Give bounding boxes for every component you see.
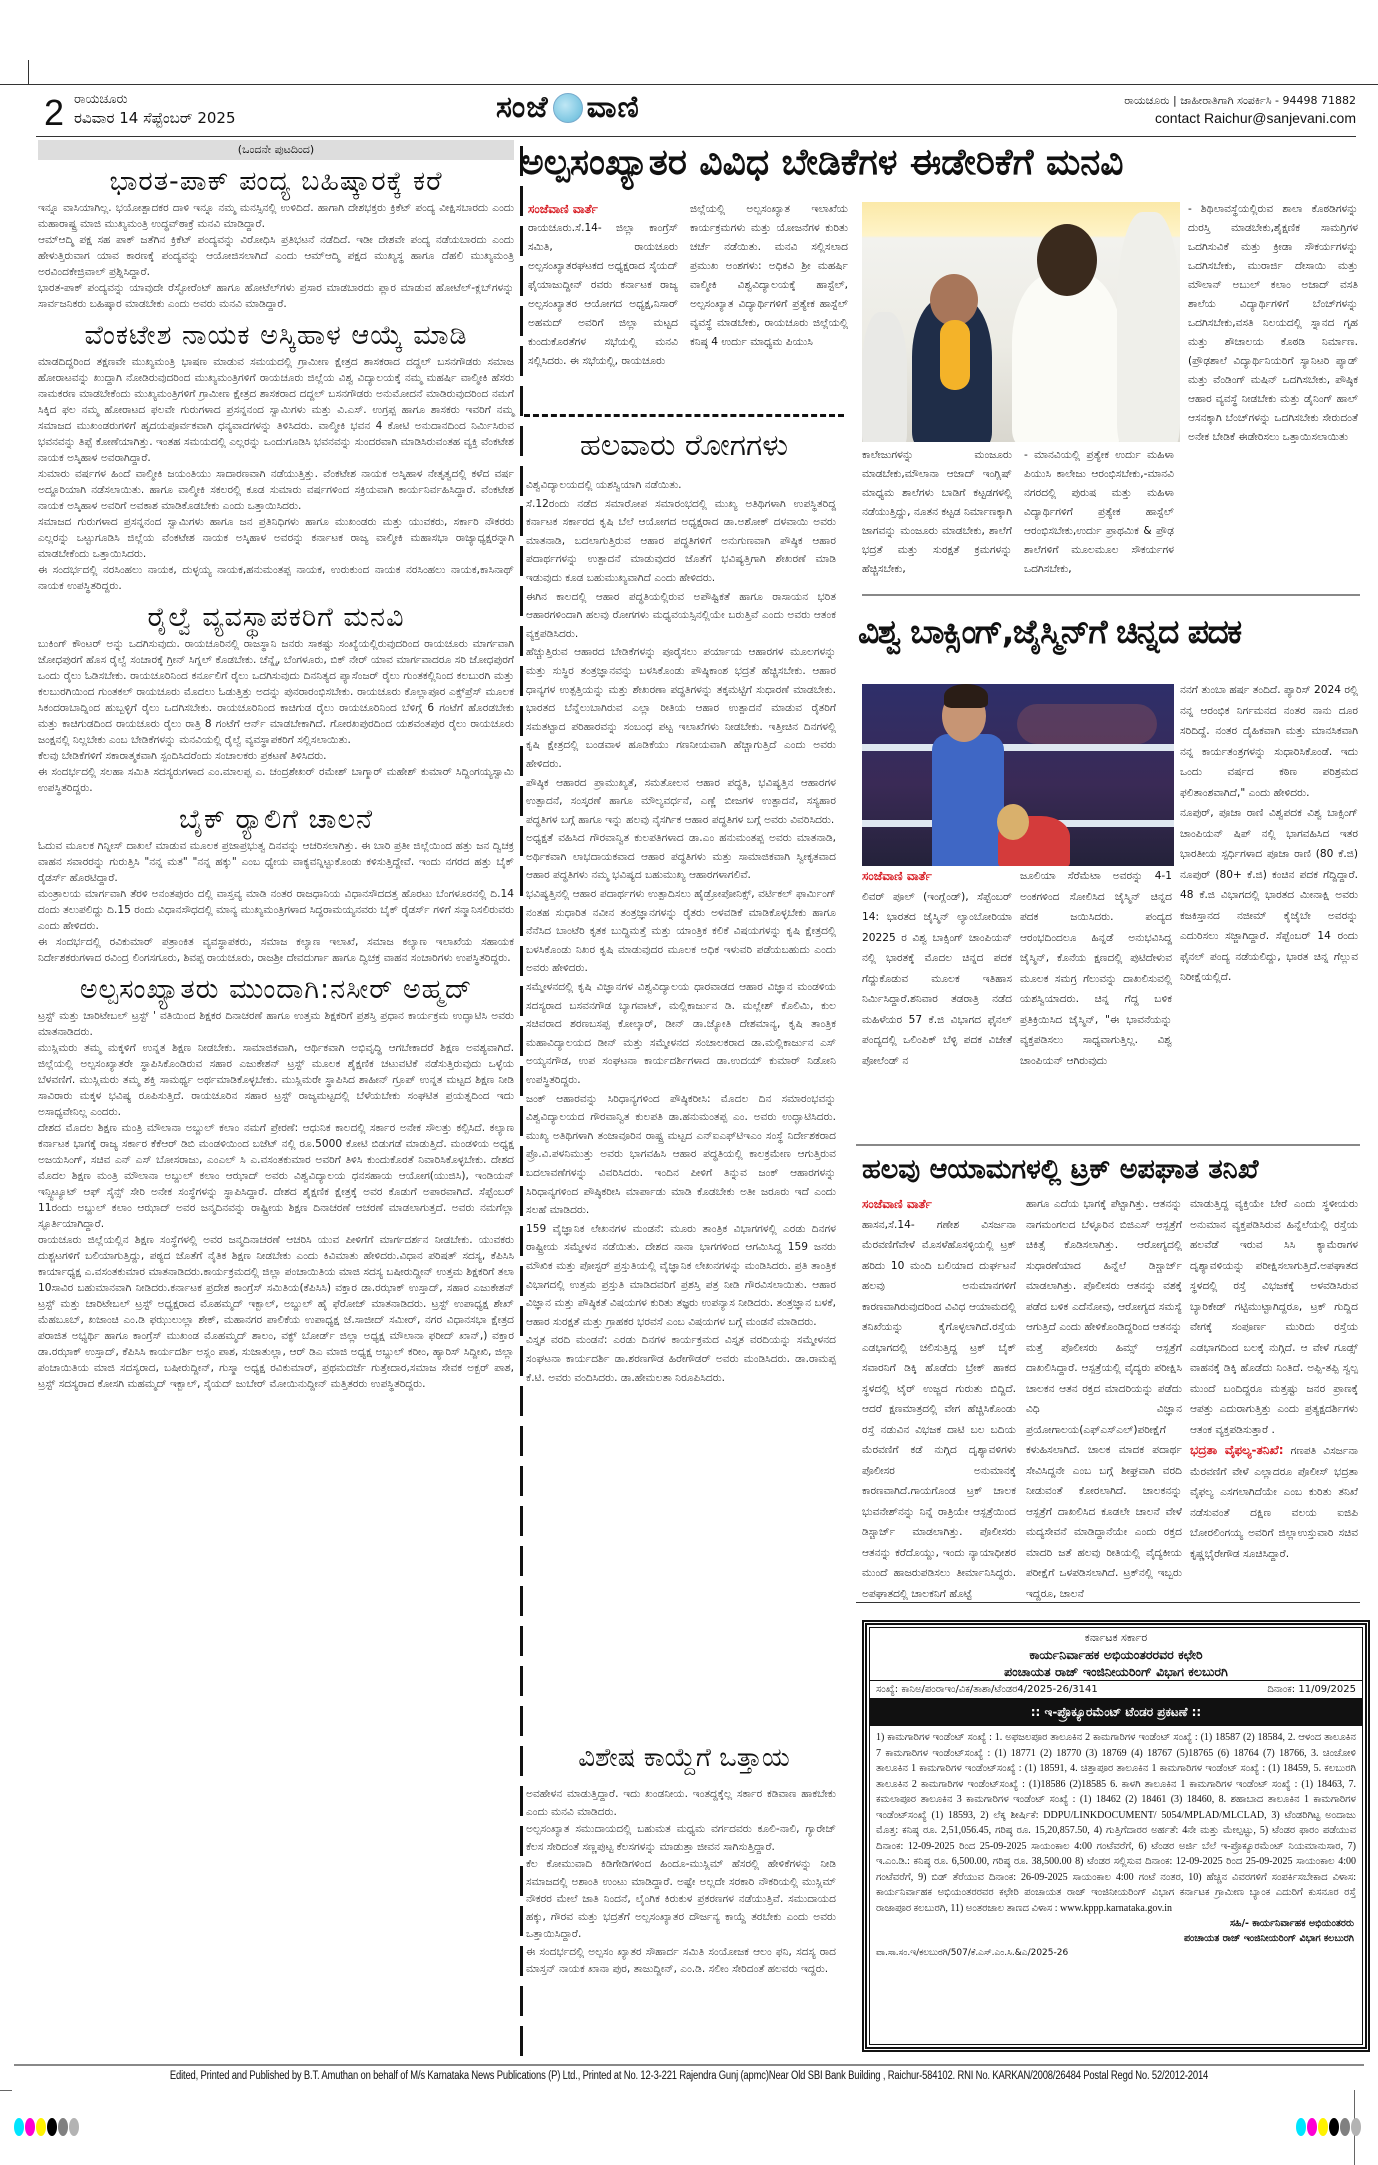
ad-contact-line: ರಾಯಚೂರು | ಜಾಹೀರಾತಿಗಾಗಿ ಸಂಪರ್ಕಿಸಿ - 94498…	[1124, 92, 1356, 110]
article-body: ಓದುವ ಮೂಲಕ ಗಿನ್ನೀಸ್ ದಾಖಲೆ ಮಾಡುವ ಮೂಲಕ ಪ್ರಜ…	[38, 838, 514, 966]
registration-marks-left	[14, 2118, 80, 2136]
headline: ವೆಂಕಟೇಶ ನಾಯಕ ಅಸ್ಕಿಹಾಳ ಆಯ್ಕೆ ಮಾಡಿ	[38, 318, 514, 354]
article-railway-petition: ರೈಲ್ವೆ ವ್ಯವಸ್ಥಾಪಕರಿಗೆ ಮನವಿ ಬುಕಿಂಗ್ ಕೌಂಟರ…	[38, 600, 514, 796]
article-venkatesh-nayak: ವೆಂಕಟೇಶ ನಾಯಕ ಅಸ್ಕಿಹಾಳ ಆಯ್ಕೆ ಮಾಡಿ ಮಾಡದಿದ್…	[38, 318, 514, 594]
crop-mark	[28, 60, 29, 84]
section-rule	[862, 594, 1360, 596]
dashed-divider	[524, 414, 844, 417]
byline: ಸಂಜೆವಾಣಿ ವಾರ್ತೆ	[862, 866, 1012, 887]
column-text: ನೂಪುರ್, ಪೂಜಾ ರಾಣಿ ವಿಶ್ವಪದಕ ವಿಶ್ವ ಬಾಕ್ಸಿಂ…	[1180, 803, 1358, 988]
footer-rule	[14, 2064, 1364, 2066]
article-body: ಇನ್ನೂ ವಾಸಿಯಾಗಿಲ್ಲ. ಭಯೋತ್ಪಾದಕರ ದಾಳಿ ಇನ್ನೂ…	[38, 200, 514, 312]
registration-dot	[1351, 2118, 1361, 2136]
truck-col2: ಹಾಗೂ ಎದೆಯ ಭಾಗಕ್ಕೆ ಪೆಟ್ಟಾಗಿತ್ತು. ಆತನನ್ನು …	[1026, 1194, 1182, 1604]
masthead-rule	[36, 136, 1356, 137]
subheading: ಭದ್ರತಾ ವೈಫಲ್ಯ-ತನಿಖೆ:	[1190, 1443, 1284, 1457]
department-title: ಪಂಚಾಯತ ರಾಜ್ ಇಂಜಿನೀಯರಿಂಗ್ ವಿಭಾಗ ಕಲಬುರಗಿ	[870, 1663, 1362, 1680]
truck-col1: ಸಂಜೆವಾಣಿ ವಾರ್ತೆ ಹಾಸನ,ಸೆ.14- ಗಣೇಶ ವಿಸರ್ಜನ…	[862, 1194, 1016, 1604]
contact-email[interactable]: contact Raichur@sanjevani.com	[1124, 110, 1356, 126]
top-rule	[0, 84, 1378, 85]
column-text: ಲಿವರ್ ಪೂಲ್ (ಇಂಗ್ಲೆಂಡ್), ಸೆಪ್ಟೆಂಬರ್ 14: ಭ…	[862, 887, 1012, 1072]
registration-dot	[1307, 2118, 1317, 2136]
tender-header: ಕರ್ನಾಟಕ ಸರ್ಕಾರ ಕಾರ್ಯನಿರ್ವಾಹಕ ಅಭಿಯಂತರರವರ …	[870, 1628, 1362, 1681]
headline: ಅಲ್ಪಸಂಖ್ಯಾತರು ಮುಂದಾಗಿ:ನಸೀರ್ ಅಹ್ಮದ್	[38, 972, 514, 1008]
column-text: ನನಗೆ ತುಂಬಾ ಹರ್ಷ ತಂದಿದೆ. ಪ್ಯಾರಿಸ್ 2024 ರಲ…	[1180, 680, 1358, 803]
paragraph: ದೇಶದ ಮೊದಲ ಶಿಕ್ಷಣ ಮಂತ್ರಿ ಮೌಲಾನಾ ಅಬ್ದುಲ್ ಕ…	[38, 1120, 514, 1232]
boxing-col1: ಸಂಜೆವಾಣಿ ವಾರ್ತೆ ಲಿವರ್ ಪೂಲ್ (ಇಂಗ್ಲೆಂಡ್), …	[862, 866, 1012, 1071]
paragraph: ಜಂಕ್ ಆಹಾರವನ್ನು ಸಿರಿಧಾನ್ಯಗಳಿಂದ ಪೌಷ್ಠಿಕರೀಸ…	[526, 1090, 836, 1220]
logo-text-left: ಸಂಜೆ	[496, 90, 549, 125]
registration-dot	[25, 2118, 35, 2136]
paragraph: ಭವಿಷ್ಯತ್ತಿನಲ್ಲಿ ಆಹಾರ ಪದಾರ್ಥಗಳು ಉತ್ಪಾದಿಸಲ…	[526, 885, 836, 978]
paragraph: ಓದುವ ಮೂಲಕ ಗಿನ್ನೀಸ್ ದಾಖಲೆ ಮಾಡುವ ಮೂಲಕ ಪ್ರಜ…	[38, 838, 514, 886]
dove-globe-icon	[553, 93, 583, 123]
paragraph: ಮಂತ್ರಾಲಯ ಮಾರ್ಗವಾಗಿ ತೆರಳಿ ಅನಂತಪುರಂ ದಲ್ಲಿ …	[38, 886, 514, 934]
column-text: - ಶಿಥಿಲಾವಸ್ಥೆಯಲ್ಲಿರುವ ಶಾಲಾ ಕೊಠಡಿಗಳನ್ನು ದ…	[1188, 200, 1358, 447]
byline: ಸಂಜೆವಾಣಿ ವಾರ್ತೆ	[528, 200, 678, 219]
paragraph: ಸಮಾಜದ ಗುರುಗಳಾದ ಪ್ರಸನ್ನನಂದ ಸ್ವಾಮಿಗಳು ಹಾಗೂ…	[38, 514, 514, 562]
contact-info: ರಾಯಚೂರು | ಜಾಹೀರಾತಿಗಾಗಿ ಸಂಪರ್ಕಿಸಿ - 94498…	[1124, 92, 1356, 126]
paragraph: ಅವಹೇಳನ ಮಾಡುತ್ತಿದ್ದಾರೆ. ಇದು ಖಂಡನೀಯ. ಇಂತದ್…	[526, 1786, 836, 1821]
column-text: ಮಾಡುತ್ತಿದ್ದ ವ್ಯಕ್ತಿಯೇ ಬೇರೆ ಎಂದು ಸ್ಥಳೀಯರು…	[1190, 1194, 1358, 1440]
lead-below-photo-col2: - ಮಾನವಿಯಲ್ಲಿ ಪ್ರತ್ಯೇಕ ಉರ್ದು ಮಹಿಳಾ ಪಿಯುಸಿ…	[1024, 446, 1174, 579]
truck-col3: ಮಾಡುತ್ತಿದ್ದ ವ್ಯಕ್ತಿಯೇ ಬೇರೆ ಎಂದು ಸ್ಥಳೀಯರು…	[1190, 1194, 1358, 1564]
paragraph: ಈ ಸಂದರ್ಭದಲ್ಲಿ ಸಲಹಾ ಸಮಿತಿ ಸದಸ್ಯರುಗಳಾದ ಎಂ.…	[38, 764, 514, 796]
signature-line: ಪಂಚಾಯತ ರಾಜ್ ಇಂಜಿನೀಯರಿಂಗ್ ವಿಭಾಗ ಕಲಬುರಗಿ	[870, 1931, 1354, 1946]
memorandum-submission-photo	[862, 202, 1180, 442]
registration-dot	[47, 2118, 57, 2136]
masthead: 2 ರಾಯಚೂರು ರವಿವಾರ 14 ಸೆಪ್ಟೆಂಬರ್ 2025 ಸಂಜೆ…	[36, 90, 1356, 134]
signature-line: ಸಹಿ/- ಕಾರ್ಯನಿರ್ವಾಹಕ ಅಭಿಯಂತರರು	[870, 1916, 1354, 1931]
article-body: ಟ್ರಸ್ಟ್ ಮತ್ತು ಚಾರಿಟೇಬಲ್ ಟ್ರಸ್ಟ್ ' ವತಿಯಿಂ…	[38, 1008, 514, 1392]
govt-label: ಕರ್ನಾಟಕ ಸರ್ಕಾರ	[870, 1630, 1362, 1646]
column-text: ಜೂಲಿಯಾ ಸೆರೆಮೆಟಾ ಅವರನ್ನು 4-1 ಅಂಕಗಳಿಂದ ಸೋಲ…	[1020, 866, 1172, 1071]
publisher-imprint: Edited, Printed and Published by B.T. Am…	[124, 2070, 1254, 2082]
newspaper-logo: ಸಂಜೆ ವಾಣಿ	[496, 90, 640, 125]
section-rule	[856, 1602, 1360, 1603]
office-title: ಕಾರ್ಯನಿರ್ವಾಹಕ ಅಭಿಯಂತರರವರ ಕಛೇರಿ	[870, 1646, 1362, 1663]
lead-below-photo-col1: ಕಾಲೇಜುಗಳನ್ನು ಮಂಜೂರು ಮಾಡಬೇಕು,ಮೌಲಾನಾ ಆಜಾದ್…	[862, 446, 1012, 579]
dateline: ರಾಯಚೂರು ರವಿವಾರ 14 ಸೆಪ್ಟೆಂಬರ್ 2025	[74, 90, 236, 128]
registration-dot	[14, 2118, 24, 2136]
paragraph: 159 ವೈಜ್ಞಾನಿಕ ಲೇಖನಗಳ ಮಂಡನೆ: ಮೂರು ತಾಂತ್ರಿ…	[526, 1220, 836, 1332]
article-bike-rally: ಬೈಕ್ ರ್‍ಯಾಲಿಗೆ ಚಾಲನೆ ಓದುವ ಮೂಲಕ ಗಿನ್ನೀಸ್ …	[38, 802, 514, 966]
logo-text-right: ವಾಣಿ	[587, 90, 640, 125]
tender-reference: ಸಂಖ್ಯೆ: ಕಾನಿಅ/ಪಂರಾಇಂ/ವಿಕ/ತಾಶಾ/ಟೆಂಡರ4/202…	[870, 1681, 1362, 1699]
food-story-body: ವಿಶ್ವವಿದ್ಯಾಲಯದಲ್ಲಿ ಯಶಸ್ವಿಯಾಗಿ ನಡೆಯಿತು. ಸ…	[526, 476, 836, 1387]
paragraph: ಮುಸ್ಲಿಮರು ತಮ್ಮ ಮಕ್ಕಳಿಗೆ ಉನ್ನತ ಶಿಕ್ಷಣ ನೀಡ…	[38, 1040, 514, 1120]
registration-dot	[1296, 2118, 1306, 2136]
lead-story-col1: ಸಂಜೆವಾಣಿ ವಾರ್ತೆ ರಾಯಚೂರು.ಸೆ.14- ಜಿಲ್ಲಾ ಕಾ…	[528, 200, 678, 371]
paragraph: ಸೆ.12ರಂದು ನಡೆದ ಸಮಾರೋಪ ಸಮಾರಂಭದಲ್ಲಿ ಮುಖ್ಯ …	[526, 495, 836, 588]
paragraph: ಮಾಡದಿದ್ದರಿಂದ ತಕ್ಷಣವೇ ಮುಖ್ಯಮಂತ್ರಿ ಭಾಷಣ ಮಾ…	[38, 354, 514, 466]
paragraph: ಟ್ರಸ್ಟ್ ಮತ್ತು ಚಾರಿಟೇಬಲ್ ಟ್ರಸ್ಟ್ ' ವತಿಯಿಂ…	[38, 1008, 514, 1040]
paragraph: ಭಾರತ-ಪಾಕ್ ಪಂದ್ಯವನ್ನು ಯಾವುದೇ ರೆಸ್ಟೋರೆಂಟ್ …	[38, 280, 514, 312]
paragraph: ಅಲ್ಪಸಂಖ್ಯಾತ ಸಮುದಾಯದಲ್ಲಿ ಬಹುಮತ ಮಧ್ಯಮ ವರ್ಗ…	[526, 1821, 836, 1856]
column-text: ಹಾಸನ,ಸೆ.14- ಗಣೇಶ ವಿಸರ್ಜನಾ ಮೆರವಣಿಗೆವೇಳೆ ಮ…	[862, 1215, 1016, 1605]
paragraph: ಅಧ್ಯಕ್ಷತೆ ವಹಿಸಿದ ಗೌರವಾನ್ವಿತ ಕುಲಪತಿಗಳಾದ ಡ…	[526, 829, 836, 885]
column-text: ಗಣಪತಿ ವಿಸರ್ಜನಾ ಮೆರವಣಿಗೆ ವೇಳೆ ಎಲ್ಲಾದರೂ ಪೊ…	[1190, 1445, 1358, 1560]
tender-banner: :: ಇ-ಪ್ರೊಕ್ಯೂರಮೆಂಟ್ ಟೆಂಡರ ಪ್ರಕಟಣೆ ::	[870, 1699, 1362, 1726]
reference-number: ಸಂಖ್ಯೆ: ಕಾನಿಅ/ಪಂರಾಇಂ/ವಿಕ/ತಾಶಾ/ಟೆಂಡರ4/202…	[876, 1684, 1098, 1695]
headline: ಭಾರತ-ಪಾಕ್ ಪಂದ್ಯ ಬಹಿಷ್ಕಾರಕ್ಕೆ ಕರೆ	[38, 164, 514, 200]
paragraph: ಕೆಲ ಕೋಮುವಾದಿ ಕಿಡಿಗೇಡಿಗಳಿಂದ ಹಿಂದೂ-ಮುಸ್ಲಿಮ…	[526, 1856, 836, 1944]
tender-date: ದಿನಾಂಕ: 11/09/2025	[1267, 1684, 1356, 1695]
special-law-body: ಅವಹೇಳನ ಮಾಡುತ್ತಿದ್ದಾರೆ. ಇದು ಖಂಡನೀಯ. ಇಂತದ್…	[526, 1786, 836, 1979]
paragraph: ಈ ಸಂದರ್ಭದಲ್ಲಿ ನರಸಿಂಹಲು ನಾಯಕ, ದುಳ್ಳಯ್ಯ ನಾ…	[38, 562, 514, 594]
special-law-headline: ವಿಶೇಷ ಕಾಯ್ದೆಗೆ ಒತ್ತಾಯ	[524, 1738, 844, 1778]
headline: ಬೈಕ್ ರ್‍ಯಾಲಿಗೆ ಚಾಲನೆ	[38, 802, 514, 838]
truck-headline: ಹಲವು ಆಯಾಮಗಳಲ್ಲಿ ಟ್ರಕ್ ಅಪಘಾತ ತನಿಖೆ	[862, 1150, 1362, 1190]
registration-dot	[36, 2118, 46, 2136]
boxing-headline: ವಿಶ್ವ ಬಾಕ್ಸಿಂಗ್,ಜೈಸ್ಮಿನ್‌ಗೆ ಚಿನ್ನದ ಪದಕ	[858, 610, 1363, 654]
tender-advertisement: ಕರ್ನಾಟಕ ಸರ್ಕಾರ ಕಾರ್ಯನಿರ್ವಾಹಕ ಅಭಿಯಂತರರವರ …	[862, 1620, 1370, 2052]
lead-story-col2: ಜಿಲ್ಲೆಯಲ್ಲಿ ಅಲ್ಪಸಂಖ್ಯಾತ ಇಲಾಖೆಯ ಕಾರ್ಯಕ್ರಮ…	[690, 200, 848, 352]
tender-footer-ref: ವಾ.ಸಾ.ಸಂ.ಇ/ಕಲಬುರಗಿ/507/ಕೆ.ಎಸ್.ಎಂ.ಸಿ.&ಎ/2…	[870, 1946, 1362, 1960]
paragraph: ರಾಯಚೂರು ಜಿಲ್ಲೆಯಲ್ಲಿನ ಶಿಕ್ಷಣ ಸಂಸ್ಥೆಗಳಲ್ಲಿ…	[38, 1232, 514, 1392]
article-body: ಮಾಡದಿದ್ದರಿಂದ ತಕ್ಷಣವೇ ಮುಖ್ಯಮಂತ್ರಿ ಭಾಷಣ ಮಾ…	[38, 354, 514, 594]
registration-marks-right	[1296, 2118, 1362, 2136]
paragraph: ಸಮ್ಮೇಳನದಲ್ಲಿ ಕೃಷಿ ವಿಜ್ಞಾನಗಳ ವಿಶ್ವವಿದ್ಯಾಲ…	[526, 978, 836, 1090]
paragraph: ಆಮ್‌ಆದ್ಮಿ ಪಕ್ಷ ಸಹ ಪಾಕ್ ಜತೆಗಿನ ಕ್ರಿಕೆಟ್ ಪ…	[38, 232, 514, 280]
column-divider	[520, 146, 523, 2056]
boxing-photo	[862, 684, 1174, 866]
column-text: ಕಾಲೇಜುಗಳನ್ನು ಮಂಜೂರು ಮಾಡಬೇಕು,ಮೌಲಾನಾ ಆಜಾದ್…	[862, 446, 1012, 579]
paragraph: ಸುಮಾರು ವರ್ಷಗಳ ಹಿಂದೆ ವಾಲ್ಮೀಕಿ ಜಯಂತಿಯು ಸಾದ…	[38, 466, 514, 514]
date-label: ರವಿವಾರ 14 ಸೆಪ್ಟೆಂಬರ್ 2025	[74, 109, 236, 128]
paragraph: ಬುಕಿಂಗ್ ಕೌಂಟರ್ ಅನ್ನು ಒದಗಿಸುವುದು. ರಾಯಚೂರಿ…	[38, 636, 514, 748]
paragraph: ಈ ಸಂದರ್ಭದಲ್ಲಿ ಅಲ್ಪಸಂ ಖ್ಯಾತರ ಸೌಹಾರ್ದ ಸಮಿತ…	[526, 1944, 836, 1979]
section-rule	[856, 1144, 1360, 1146]
paragraph: ವಿಶ್ವವಿದ್ಯಾಲಯದಲ್ಲಿ ಯಶಸ್ವಿಯಾಗಿ ನಡೆಯಿತು.	[526, 476, 836, 495]
paragraph: ಈ ಸಂದರ್ಭದಲ್ಲಿ ರವಿಕುಮಾರ್ ಪತ್ರಾಂಕಿತ ವ್ಯವಸ್…	[38, 934, 514, 966]
column-text: ಹಾಗೂ ಎದೆಯ ಭಾಗಕ್ಕೆ ಪೆಟ್ಟಾಗಿತ್ತು. ಆತನನ್ನು …	[1026, 1194, 1182, 1604]
boxing-right-col: ನನಗೆ ತುಂಬಾ ಹರ್ಷ ತಂದಿದೆ. ಪ್ಯಾರಿಸ್ 2024 ರಲ…	[1180, 680, 1358, 988]
crop-mark	[0, 2090, 12, 2091]
column-text: ರಾಯಚೂರು.ಸೆ.14- ಜಿಲ್ಲಾ ಕಾಂಗ್ರೆಸ್ ಸಮಿತಿ, ರ…	[528, 219, 678, 371]
registration-dot	[58, 2118, 68, 2136]
registration-dot	[1329, 2118, 1339, 2136]
food-story-headline: ಹಲವಾರು ರೋಗಗಳು	[524, 426, 844, 466]
column-text: ಜಿಲ್ಲೆಯಲ್ಲಿ ಅಲ್ಪಸಂಖ್ಯಾತ ಇಲಾಖೆಯ ಕಾರ್ಯಕ್ರಮ…	[690, 200, 848, 352]
headline: ರೈಲ್ವೆ ವ್ಯವಸ್ಥಾಪಕರಿಗೆ ಮನವಿ	[38, 600, 514, 636]
left-column: (ಒಂದನೇ ಪುಟದಿಂದ) ಭಾರತ-ಪಾಕ್ ಪಂದ್ಯ ಬಹಿಷ್ಕಾರ…	[38, 140, 514, 1392]
page-number: 2	[44, 92, 64, 134]
byline: ಸಂಜೆವಾಣಿ ವಾರ್ತೆ	[862, 1194, 1016, 1215]
paragraph: ಹೆಚ್ಚುತ್ತಿರುವ ಆಹಾರದ ಬೇಡಿಕೆಗಳನ್ನು ಪೂರೈಸಲು…	[526, 643, 836, 773]
paragraph: ಇನ್ನೂ ವಾಸಿಯಾಗಿಲ್ಲ. ಭಯೋತ್ಪಾದಕರ ದಾಳಿ ಇನ್ನೂ…	[38, 200, 514, 232]
registration-dot	[69, 2118, 79, 2136]
registration-dot	[1340, 2118, 1350, 2136]
boxing-col2: ಜೂಲಿಯಾ ಸೆರೆಮೆಟಾ ಅವರನ್ನು 4-1 ಅಂಕಗಳಿಂದ ಸೋಲ…	[1020, 866, 1172, 1071]
article-body: ಬುಕಿಂಗ್ ಕೌಂಟರ್ ಅನ್ನು ಒದಗಿಸುವುದು. ರಾಯಚೂರಿ…	[38, 636, 514, 796]
article-india-pak-boycott: ಭಾರತ-ಪಾಕ್ ಪಂದ್ಯ ಬಹಿಷ್ಕಾರಕ್ಕೆ ಕರೆ ಇನ್ನೂ ವ…	[38, 164, 514, 312]
lead-story-right-col: - ಶಿಥಿಲಾವಸ್ಥೆಯಲ್ಲಿರುವ ಶಾಲಾ ಕೊಠಡಿಗಳನ್ನು ದ…	[1188, 200, 1358, 447]
lead-headline: ಅಲ್ಪಸಂಖ್ಯಾತರ ವಿವಿಧ ಬೇಡಿಕೆಗಳ ಈಡೇರಿಕೆಗೆ ಮನ…	[520, 140, 1360, 186]
registration-dot	[1318, 2118, 1328, 2136]
paragraph: ಪೌಷ್ಠಿಕ ಆಹಾರದ ಪ್ರಾಮುಖ್ಯತೆ, ಸಮತೋಲನ ಆಹಾರ ಪ…	[526, 774, 836, 830]
continued-from-front-page: (ಒಂದನೇ ಪುಟದಿಂದ)	[38, 140, 514, 160]
city-label: ರಾಯಚೂರು	[74, 90, 236, 109]
tender-signature: ಸಹಿ/- ಕಾರ್ಯನಿರ್ವಾಹಕ ಅಭಿಯಂತರರು ಪಂಚಾಯತ ರಾಜ…	[870, 1916, 1362, 1946]
column-text: - ಮಾನವಿಯಲ್ಲಿ ಪ್ರತ್ಯೇಕ ಉರ್ದು ಮಹಿಳಾ ಪಿಯುಸಿ…	[1024, 446, 1174, 579]
paragraph: ಕೆಲವು ಬೇಡಿಕೆಗಳಿಗೆ ಸಕಾರಾತ್ಮಕವಾಗಿ ಸ್ಪಂದಿಸಿ…	[38, 748, 514, 764]
paragraph: ವಿಸ್ತೃತ ವರದಿ ಮಂಡನೆ: ಎರಡು ದಿನಗಳ ಕಾರ್ಯಕ್ರಮ…	[526, 1331, 836, 1387]
article-minorities-naseer-ahmed: ಅಲ್ಪಸಂಖ್ಯಾತರು ಮುಂದಾಗಿ:ನಸೀರ್ ಅಹ್ಮದ್ ಟ್ರಸ್…	[38, 972, 514, 1392]
paragraph: ಈಗಿನ ಕಾಲದಲ್ಲಿ ಆಹಾರ ಪದ್ಧತಿಯಲ್ಲಿರುವ ಅಪೌಷ್ಟ…	[526, 588, 836, 644]
tender-body: 1) ಕಾಮಗಾರಿಗಳ ಇಂಡೆಂಟ್ ಸಂಖ್ಯೆ : 1. ಅಫಜಲಪೂರ…	[870, 1726, 1362, 1916]
